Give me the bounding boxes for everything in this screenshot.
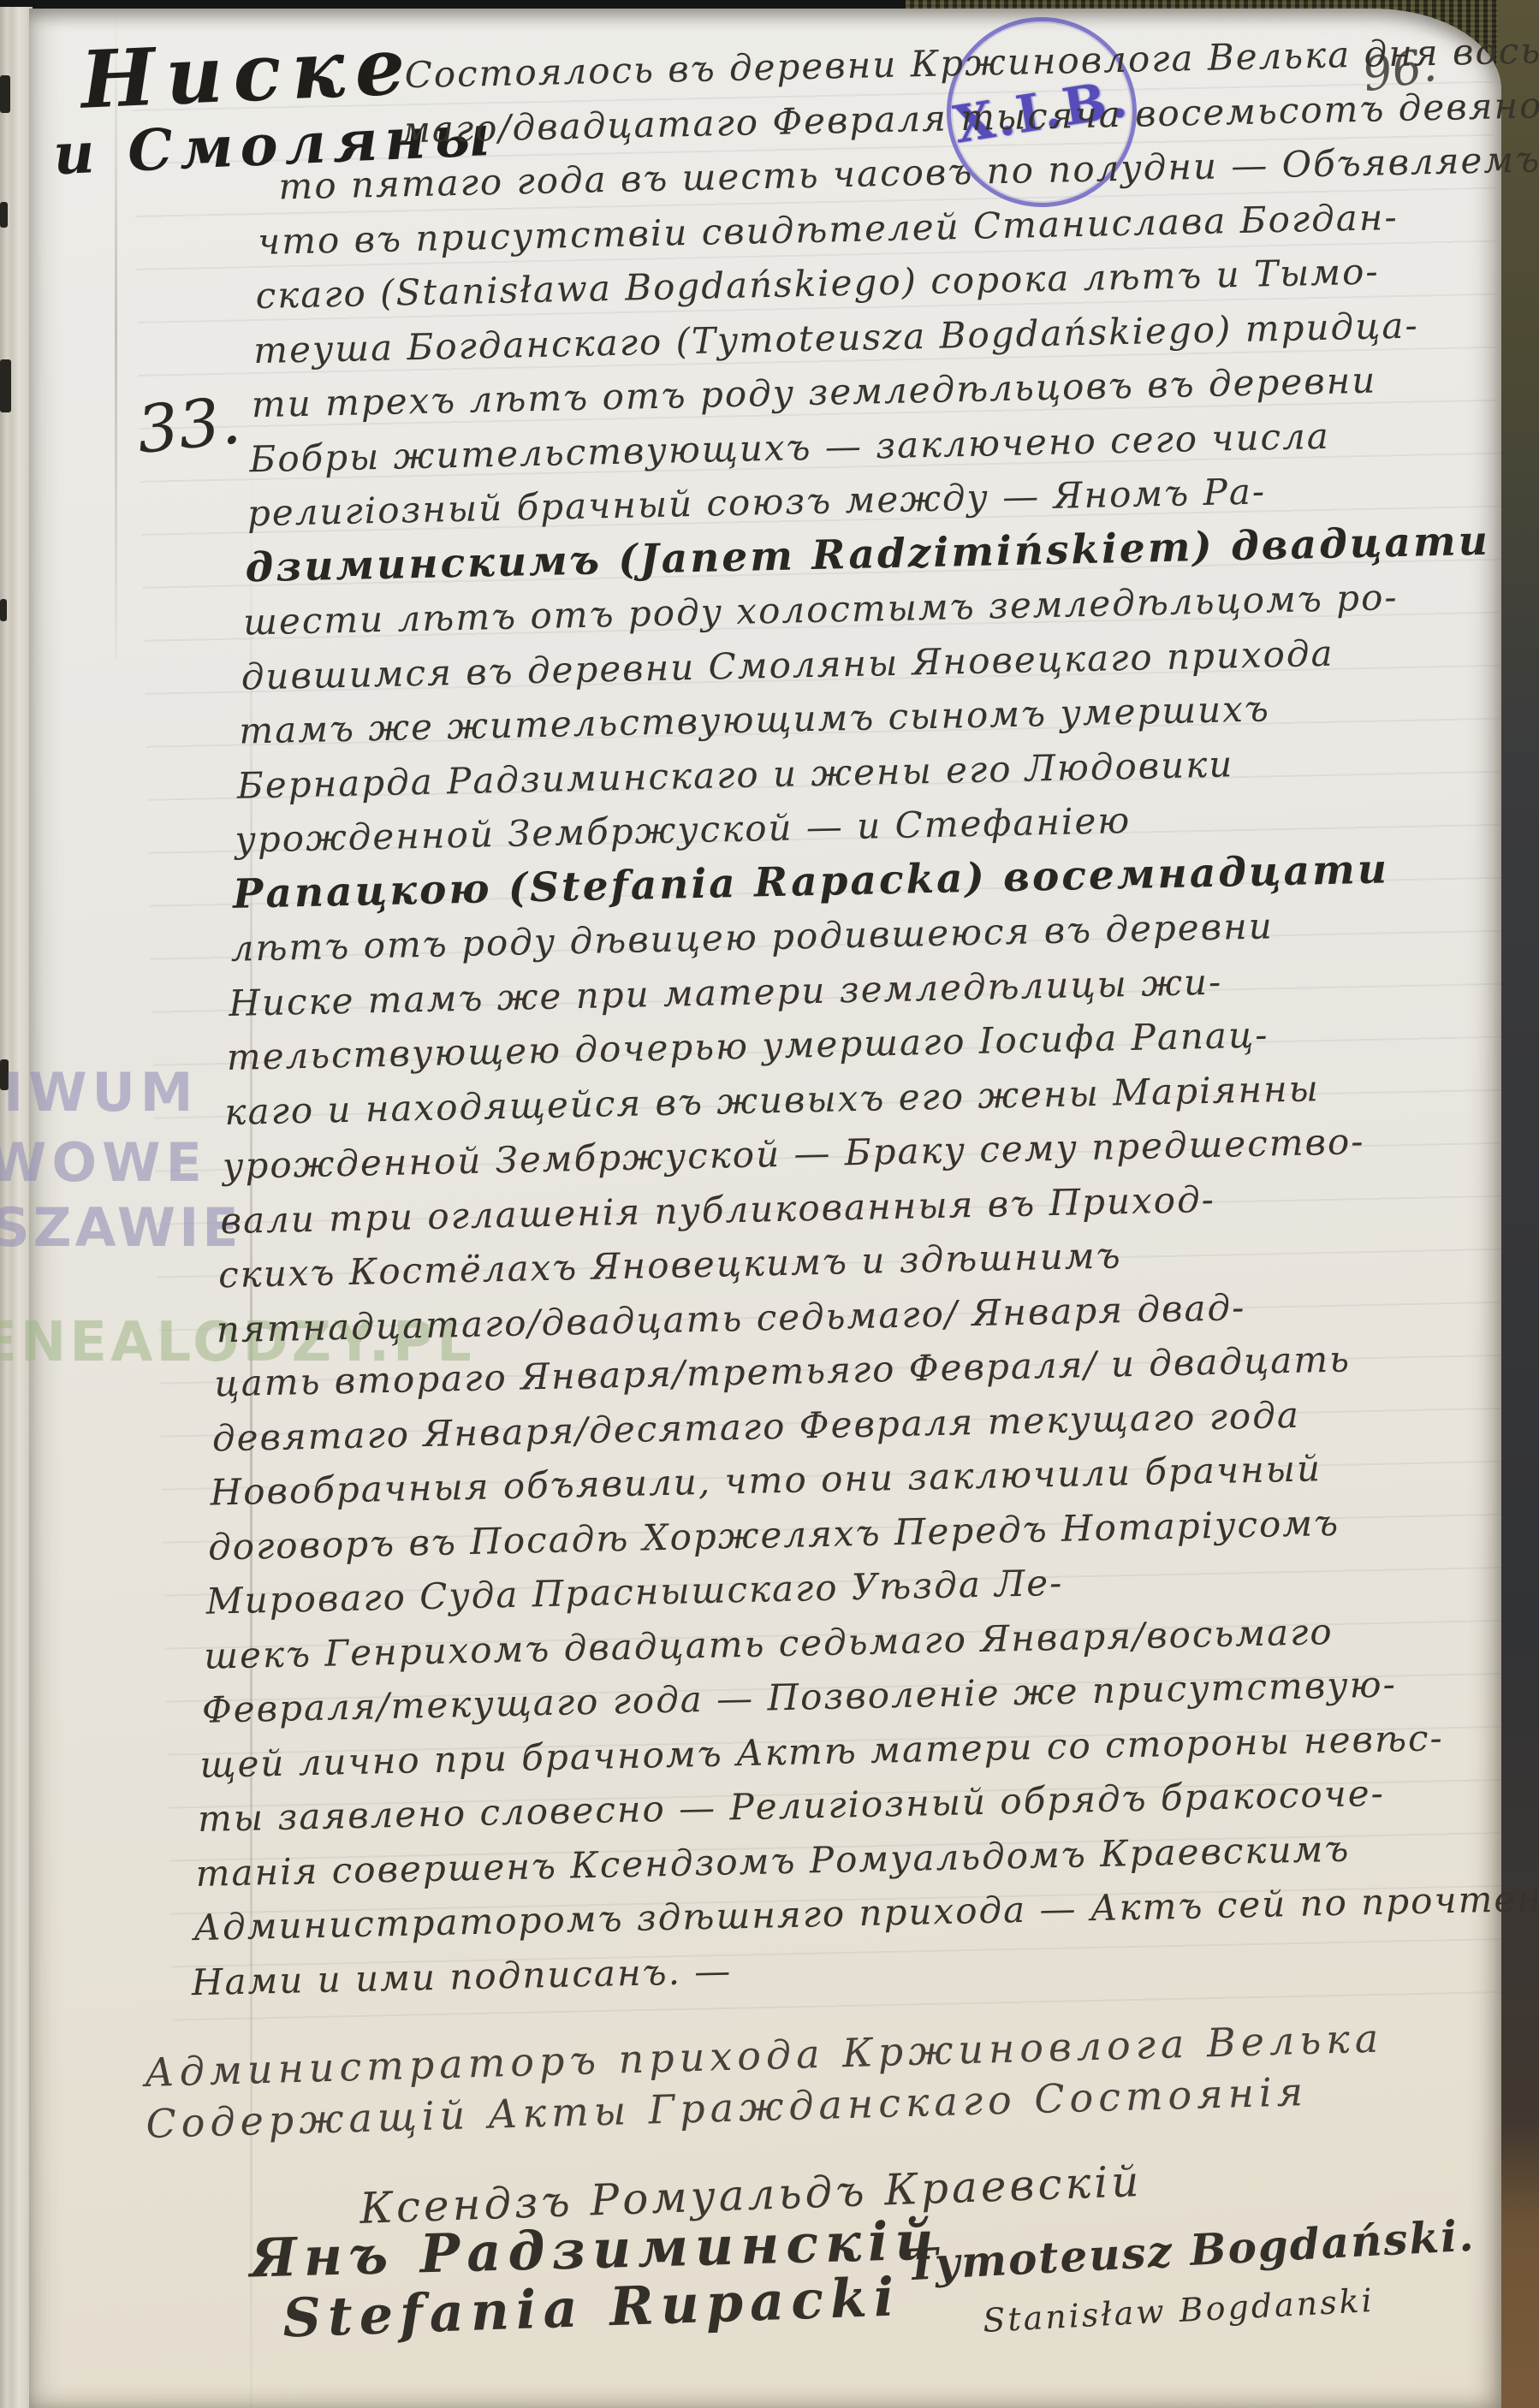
book-right-edge (1498, 0, 1539, 2408)
page-tear (0, 599, 7, 621)
act-number: 33. (134, 382, 245, 468)
page-tear (0, 359, 11, 412)
page-tear (0, 1059, 9, 1090)
page-tear (0, 75, 10, 113)
scanned-register-photo: Ниске и Смоляны 33. Х.І.В. 96. IWUM WOWE… (0, 0, 1539, 2408)
page-tear (0, 202, 8, 228)
act-body-text: Состоялось въ деревни Кржиновлога Велька… (257, 25, 1515, 2007)
